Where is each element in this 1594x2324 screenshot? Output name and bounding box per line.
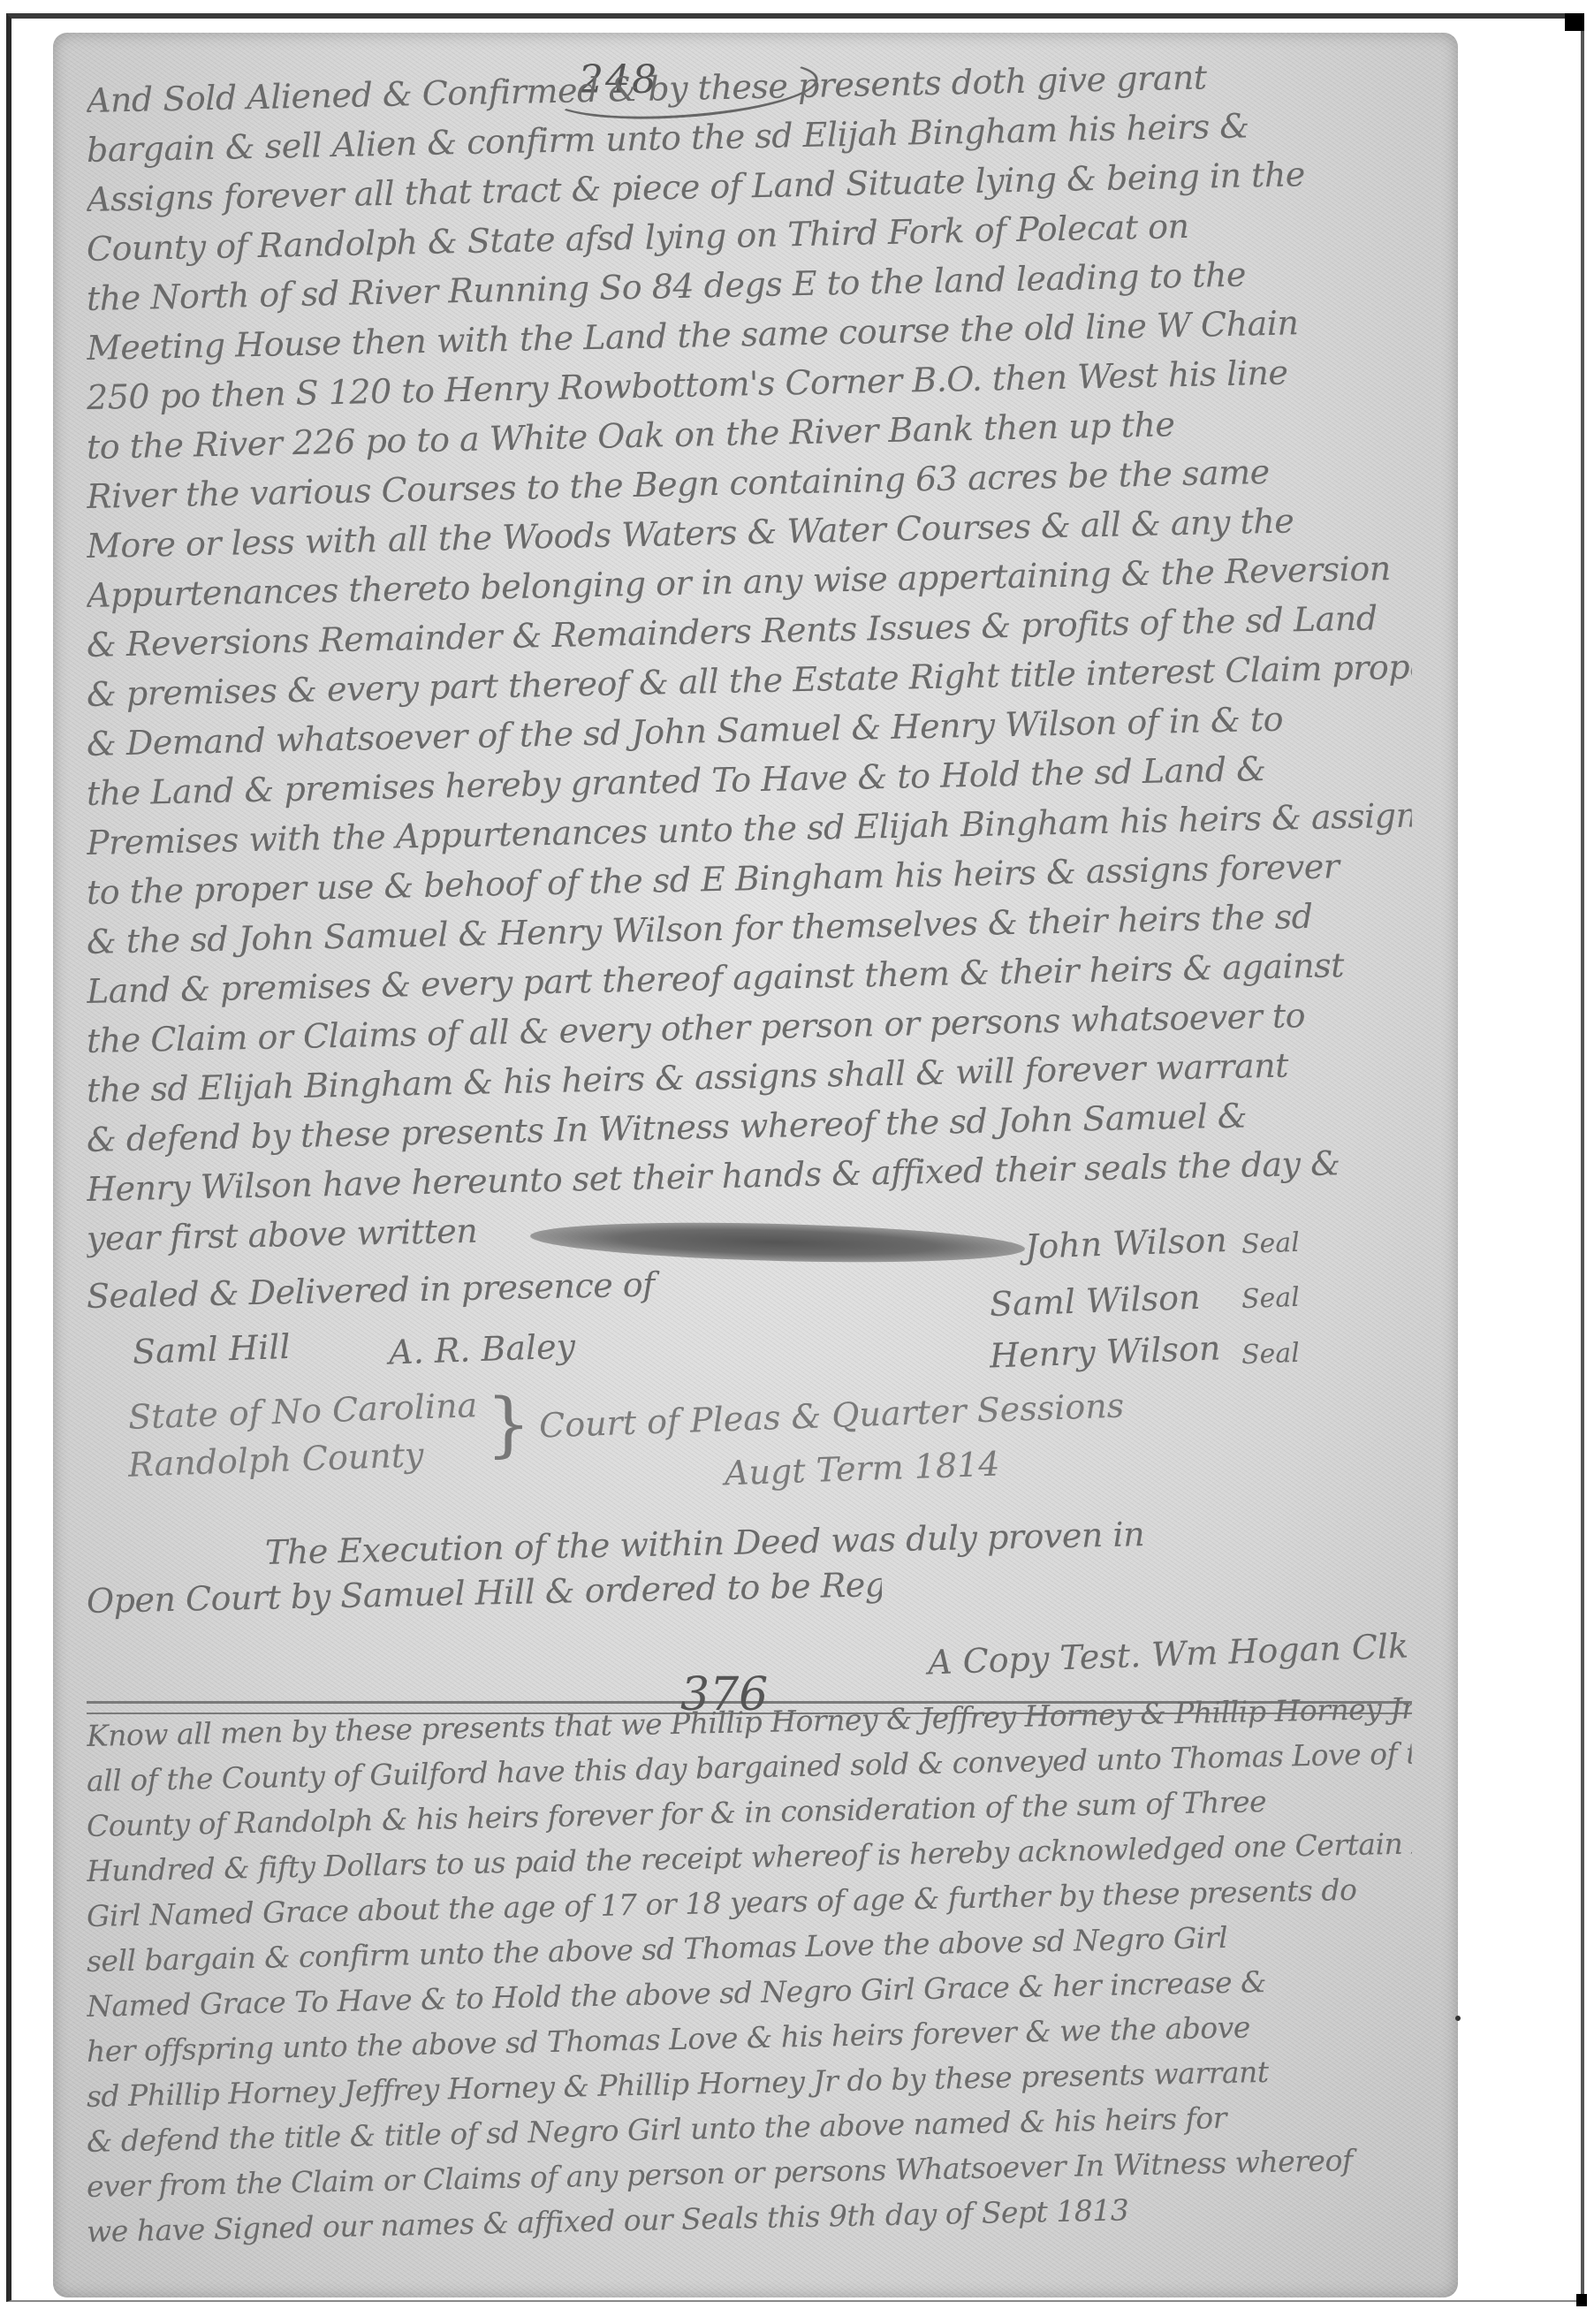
signature-henry-wilson: Henry Wilson [989, 1328, 1221, 1375]
seal-mark: Seal [1241, 1338, 1300, 1371]
scan-speck [1455, 2016, 1461, 2021]
brace-mark: } [486, 1383, 531, 1465]
seal-mark: Seal [1241, 1227, 1300, 1260]
seal-mark: Seal [1241, 1282, 1300, 1315]
scan-frame-corner [1565, 13, 1584, 31]
signature-john-wilson: John Wilson [1024, 1220, 1227, 1266]
witness-ar-baley: A. R. Baley [388, 1326, 575, 1371]
signature-saml-wilson: Saml Wilson [989, 1278, 1201, 1324]
scan-frame-corner [1576, 2294, 1587, 2306]
witness-saml-hill: Saml Hill [132, 1327, 291, 1371]
